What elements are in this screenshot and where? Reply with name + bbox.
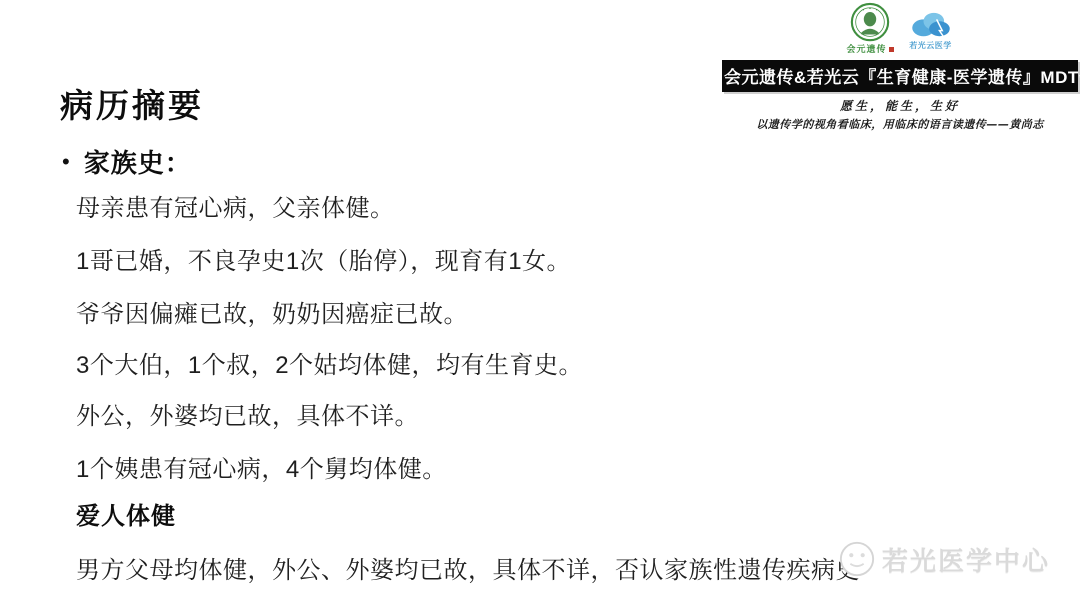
family-history-line: 外公，外婆均已故，具体不详。 xyxy=(76,396,419,431)
cloud-icon xyxy=(908,10,954,40)
spouse-family-history-line: 男方父母均体健，外公、外婆均已故，具体不详，否认家族性遗传疾病史 xyxy=(76,550,860,585)
ruoguang-cloud-logo: 若光云医学 xyxy=(908,10,954,50)
slogan-line: 愿生，能生，生好 xyxy=(722,97,1078,114)
presentation-slide: 会元遗传 若光云医学 会元遗传&若光云『生育健康-医学遗传』MDT会诊 愿生，能… xyxy=(0,0,1080,608)
spouse-health-heading: 爱人体健 xyxy=(76,496,176,531)
header-brand-block: 会元遗传 若光云医学 会元遗传&若光云『生育健康-医学遗传』MDT会诊 愿生，能… xyxy=(722,2,1078,132)
family-history-line: 3个大伯，1个叔，2个姑均体健，均有生育史。 xyxy=(76,345,583,380)
huiyuan-genetics-logo: 会元遗传 xyxy=(846,2,893,54)
family-history-line: 1个姨患有冠心病，4个舅均体健。 xyxy=(76,449,447,484)
page-title: 病历摘要 xyxy=(60,80,204,127)
ruoguang-logo-caption: 若光云医学 xyxy=(909,41,952,50)
logo-row: 会元遗传 若光云医学 xyxy=(722,2,1078,58)
ruoguang-watermark-icon xyxy=(838,540,876,578)
watermark: 若光医学中心 xyxy=(838,540,1050,578)
family-history-heading: 家族史： xyxy=(84,143,192,180)
family-history-line: 1哥已婚，不良孕史1次（胎停），现育有1女。 xyxy=(76,241,571,276)
family-history-line: 爷爷因偏瘫已故，奶奶因癌症已故。 xyxy=(76,294,468,329)
red-seal-icon xyxy=(889,47,894,52)
family-history-section: • 家族史： xyxy=(62,143,192,180)
bullet-marker: • xyxy=(62,149,70,175)
watermark-text: 若光医学中心 xyxy=(882,541,1050,578)
quote-attribution-line: 以遗传学的视角看临床，用临床的语言读遗传——黄尚志 xyxy=(722,116,1078,132)
family-history-line: 母亲患有冠心病，父亲体健。 xyxy=(76,188,395,223)
portrait-circle-icon xyxy=(849,2,891,44)
huiyuan-logo-caption: 会元遗传 xyxy=(846,44,893,54)
mdt-conference-banner: 会元遗传&若光云『生育健康-医学遗传』MDT会诊 xyxy=(722,60,1078,92)
